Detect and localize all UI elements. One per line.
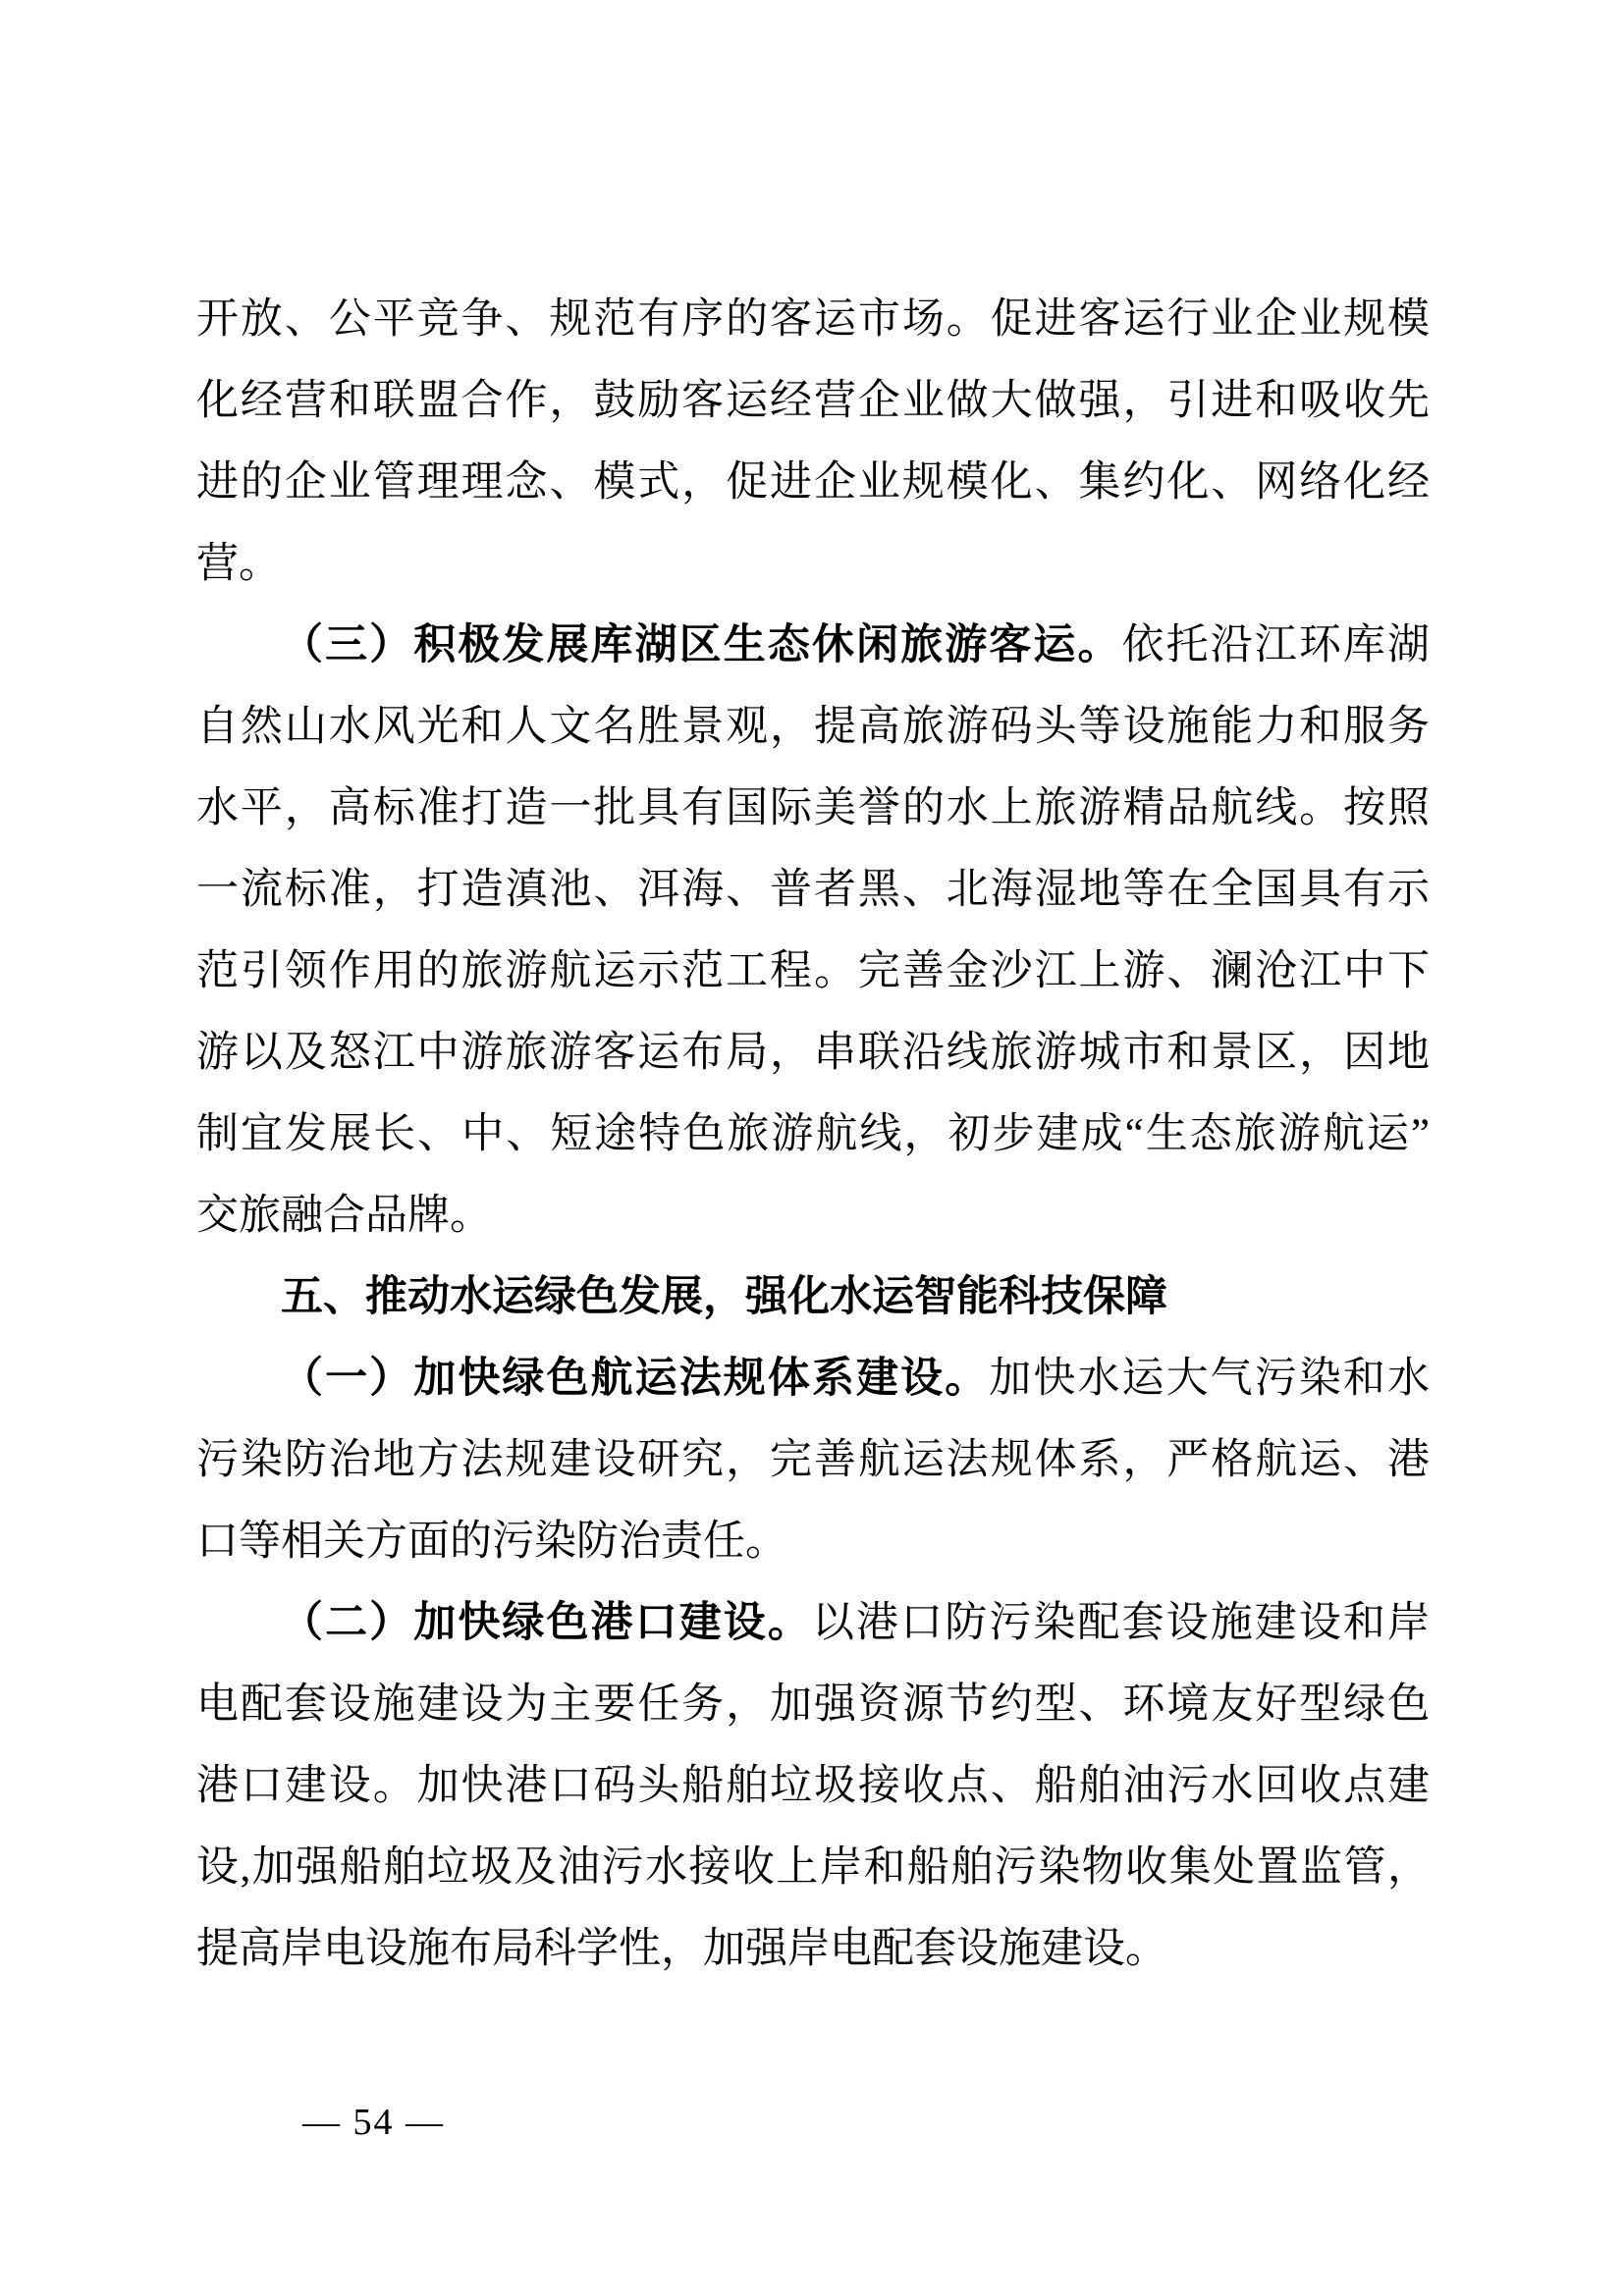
text-segment: 以港口防污染配套设施建设和岸	[812, 1600, 1430, 1646]
text-line: 营。	[196, 523, 1430, 605]
text-line: 设,加强船舶垃圾及油污水接收上岸和船舶污染物收集处置监管，	[196, 1827, 1430, 1908]
text-line: （一）加快绿色航运法规体系建设。加快水运大气污染和水	[196, 1338, 1430, 1419]
text-line: （三）积极发展库湖区生态休闲旅游客运。依托沿江环库湖	[196, 605, 1430, 686]
text-segment: 营。	[196, 541, 281, 587]
text-line: 水平，高标准打造一批具有国际美誉的水上旅游精品航线。按照	[196, 768, 1430, 849]
text-line: 交旅融合品牌。	[196, 1175, 1430, 1256]
text-segment: 依托沿江环库湖	[1122, 622, 1430, 668]
emphasized-text-segment: （二）加快绿色港口建设。	[281, 1600, 812, 1646]
text-line: 进的企业管理理念、模式，促进企业规模化、集约化、网络化经	[196, 442, 1430, 523]
text-line: 制宜发展长、中、短途特色旅游航线，初步建成“生态旅游航运”	[196, 1094, 1430, 1175]
document-body: 开放、公平竞争、规范有序的客运市场。促进客运行业企业规模化经营和联盟合作，鼓励客…	[196, 279, 1430, 1990]
text-segment: 加快水运大气污染和水	[989, 1356, 1430, 1402]
section-heading: 五、推动水运绿色发展，强化水运智能科技保障	[196, 1256, 1430, 1338]
text-segment: 范引领作用的旅游航运示范工程。完善金沙江上游、澜沧江中下	[196, 948, 1430, 994]
text-segment: 一流标准，打造滇池、洱海、普者黑、北海湿地等在全国具有示	[196, 867, 1430, 913]
text-segment: 电配套设施建设为主要任务，加强资源节约型、环境友好型绿色	[196, 1682, 1430, 1728]
text-line: 污染防治地方法规建设研究，完善航运法规体系，严格航运、港	[196, 1419, 1430, 1501]
document-page: 开放、公平竞争、规范有序的客运市场。促进客运行业企业规模化经营和联盟合作，鼓励客…	[0, 0, 1624, 2296]
text-segment: 制宜发展长、中、短途特色旅游航线，初步建成“生态旅游航运”	[196, 1111, 1430, 1157]
emphasized-text-segment: （一）加快绿色航运法规体系建设。	[281, 1356, 989, 1402]
text-line: 开放、公平竞争、规范有序的客运市场。促进客运行业企业规模	[196, 279, 1430, 360]
text-segment: 水平，高标准打造一批具有国际美誉的水上旅游精品航线。按照	[196, 785, 1430, 831]
text-segment: 港口建设。加快港口码头船舶垃圾接收点、船舶油污水回收点建	[196, 1763, 1430, 1809]
text-segment: 提高岸电设施布局科学性，加强岸电配套设施建设。	[196, 1926, 1167, 1972]
text-segment: 污染防治地方法规建设研究，完善航运法规体系，严格航运、港	[196, 1437, 1430, 1483]
text-line: 自然山水风光和人文名胜景观，提高旅游码头等设施能力和服务	[196, 686, 1430, 768]
text-line: 电配套设施建设为主要任务，加强资源节约型、环境友好型绿色	[196, 1664, 1430, 1745]
text-line: （二）加快绿色港口建设。以港口防污染配套设施建设和岸	[196, 1582, 1430, 1664]
text-segment: 自然山水风光和人文名胜景观，提高旅游码头等设施能力和服务	[196, 704, 1430, 750]
text-line: 口等相关方面的污染防治责任。	[196, 1501, 1430, 1582]
page-number: — 54 —	[302, 2099, 445, 2146]
text-segment: 口等相关方面的污染防治责任。	[196, 1519, 787, 1565]
text-segment: 交旅融合品牌。	[196, 1193, 492, 1239]
text-line: 一流标准，打造滇池、洱海、普者黑、北海湿地等在全国具有示	[196, 849, 1430, 931]
text-line: 港口建设。加快港口码头船舶垃圾接收点、船舶油污水回收点建	[196, 1745, 1430, 1827]
text-line: 范引领作用的旅游航运示范工程。完善金沙江上游、澜沧江中下	[196, 931, 1430, 1012]
text-segment: 设,加强船舶垃圾及油污水接收上岸和船舶污染物收集处置监管，	[196, 1844, 1430, 1891]
text-line: 化经营和联盟合作，鼓励客运经营企业做大做强，引进和吸收先	[196, 360, 1430, 442]
text-segment: 进的企业管理理念、模式，促进企业规模化、集约化、网络化经	[196, 459, 1430, 506]
emphasized-text-segment: 五、推动水运绿色发展，强化水运智能科技保障	[281, 1273, 1167, 1320]
text-line: 游以及怒江中游旅游客运布局，串联沿线旅游城市和景区，因地	[196, 1012, 1430, 1094]
text-segment: 游以及怒江中游旅游客运布局，串联沿线旅游城市和景区，因地	[196, 1030, 1430, 1076]
emphasized-text-segment: （三）积极发展库湖区生态休闲旅游客运。	[281, 622, 1122, 668]
text-segment: 开放、公平竞争、规范有序的客运市场。促进客运行业企业规模	[196, 296, 1430, 343]
text-line: 提高岸电设施布局科学性，加强岸电配套设施建设。	[196, 1908, 1430, 1990]
text-segment: 化经营和联盟合作，鼓励客运经营企业做大做强，引进和吸收先	[196, 378, 1430, 424]
